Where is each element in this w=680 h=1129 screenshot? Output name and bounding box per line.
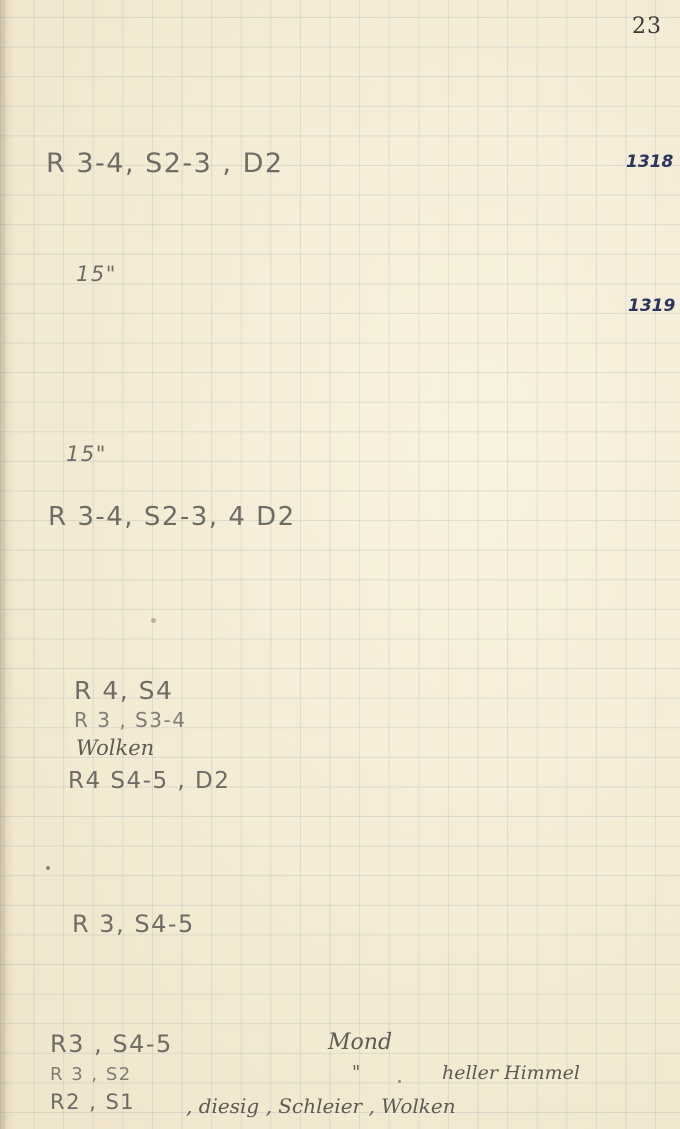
note-bright-sky: heller Himmel xyxy=(442,1062,580,1084)
page-number: 23 xyxy=(632,14,662,39)
duration-note: 15" xyxy=(76,262,117,286)
entry-line: R 3-4, S2-3 , D2 xyxy=(46,148,284,179)
paper-speck xyxy=(151,618,156,623)
note-clouds: Wolken xyxy=(76,736,154,760)
entry-line: R 3 , S3-4 xyxy=(74,708,186,732)
entry-line: R2 , S1 xyxy=(50,1090,135,1114)
entry-line: R3 , S4-5 xyxy=(50,1030,173,1058)
entry-line: R 3, S4-5 xyxy=(72,910,195,938)
notebook-page: 23 1318 1319 R 3-4, S2-3 , D2 15" 15" R … xyxy=(0,0,680,1129)
note-moon: Mond xyxy=(328,1030,392,1055)
entry-line: R 3 , S2 xyxy=(50,1064,132,1085)
observation-number-1319: 1319 xyxy=(628,296,675,316)
duration-note: 15" xyxy=(66,442,107,466)
entry-line: R 3-4, S2-3, 4 D2 xyxy=(48,502,296,532)
paper-speck xyxy=(46,866,50,870)
entry-line: R4 S4-5 , D2 xyxy=(68,768,230,794)
ditto-mark: " xyxy=(352,1062,360,1083)
paper-speck xyxy=(398,1080,401,1083)
observation-number-1318: 1318 xyxy=(626,152,673,172)
note-conditions: , diesig , Schleier , Wolken xyxy=(186,1094,456,1118)
entry-line: R 4, S4 xyxy=(74,676,173,705)
